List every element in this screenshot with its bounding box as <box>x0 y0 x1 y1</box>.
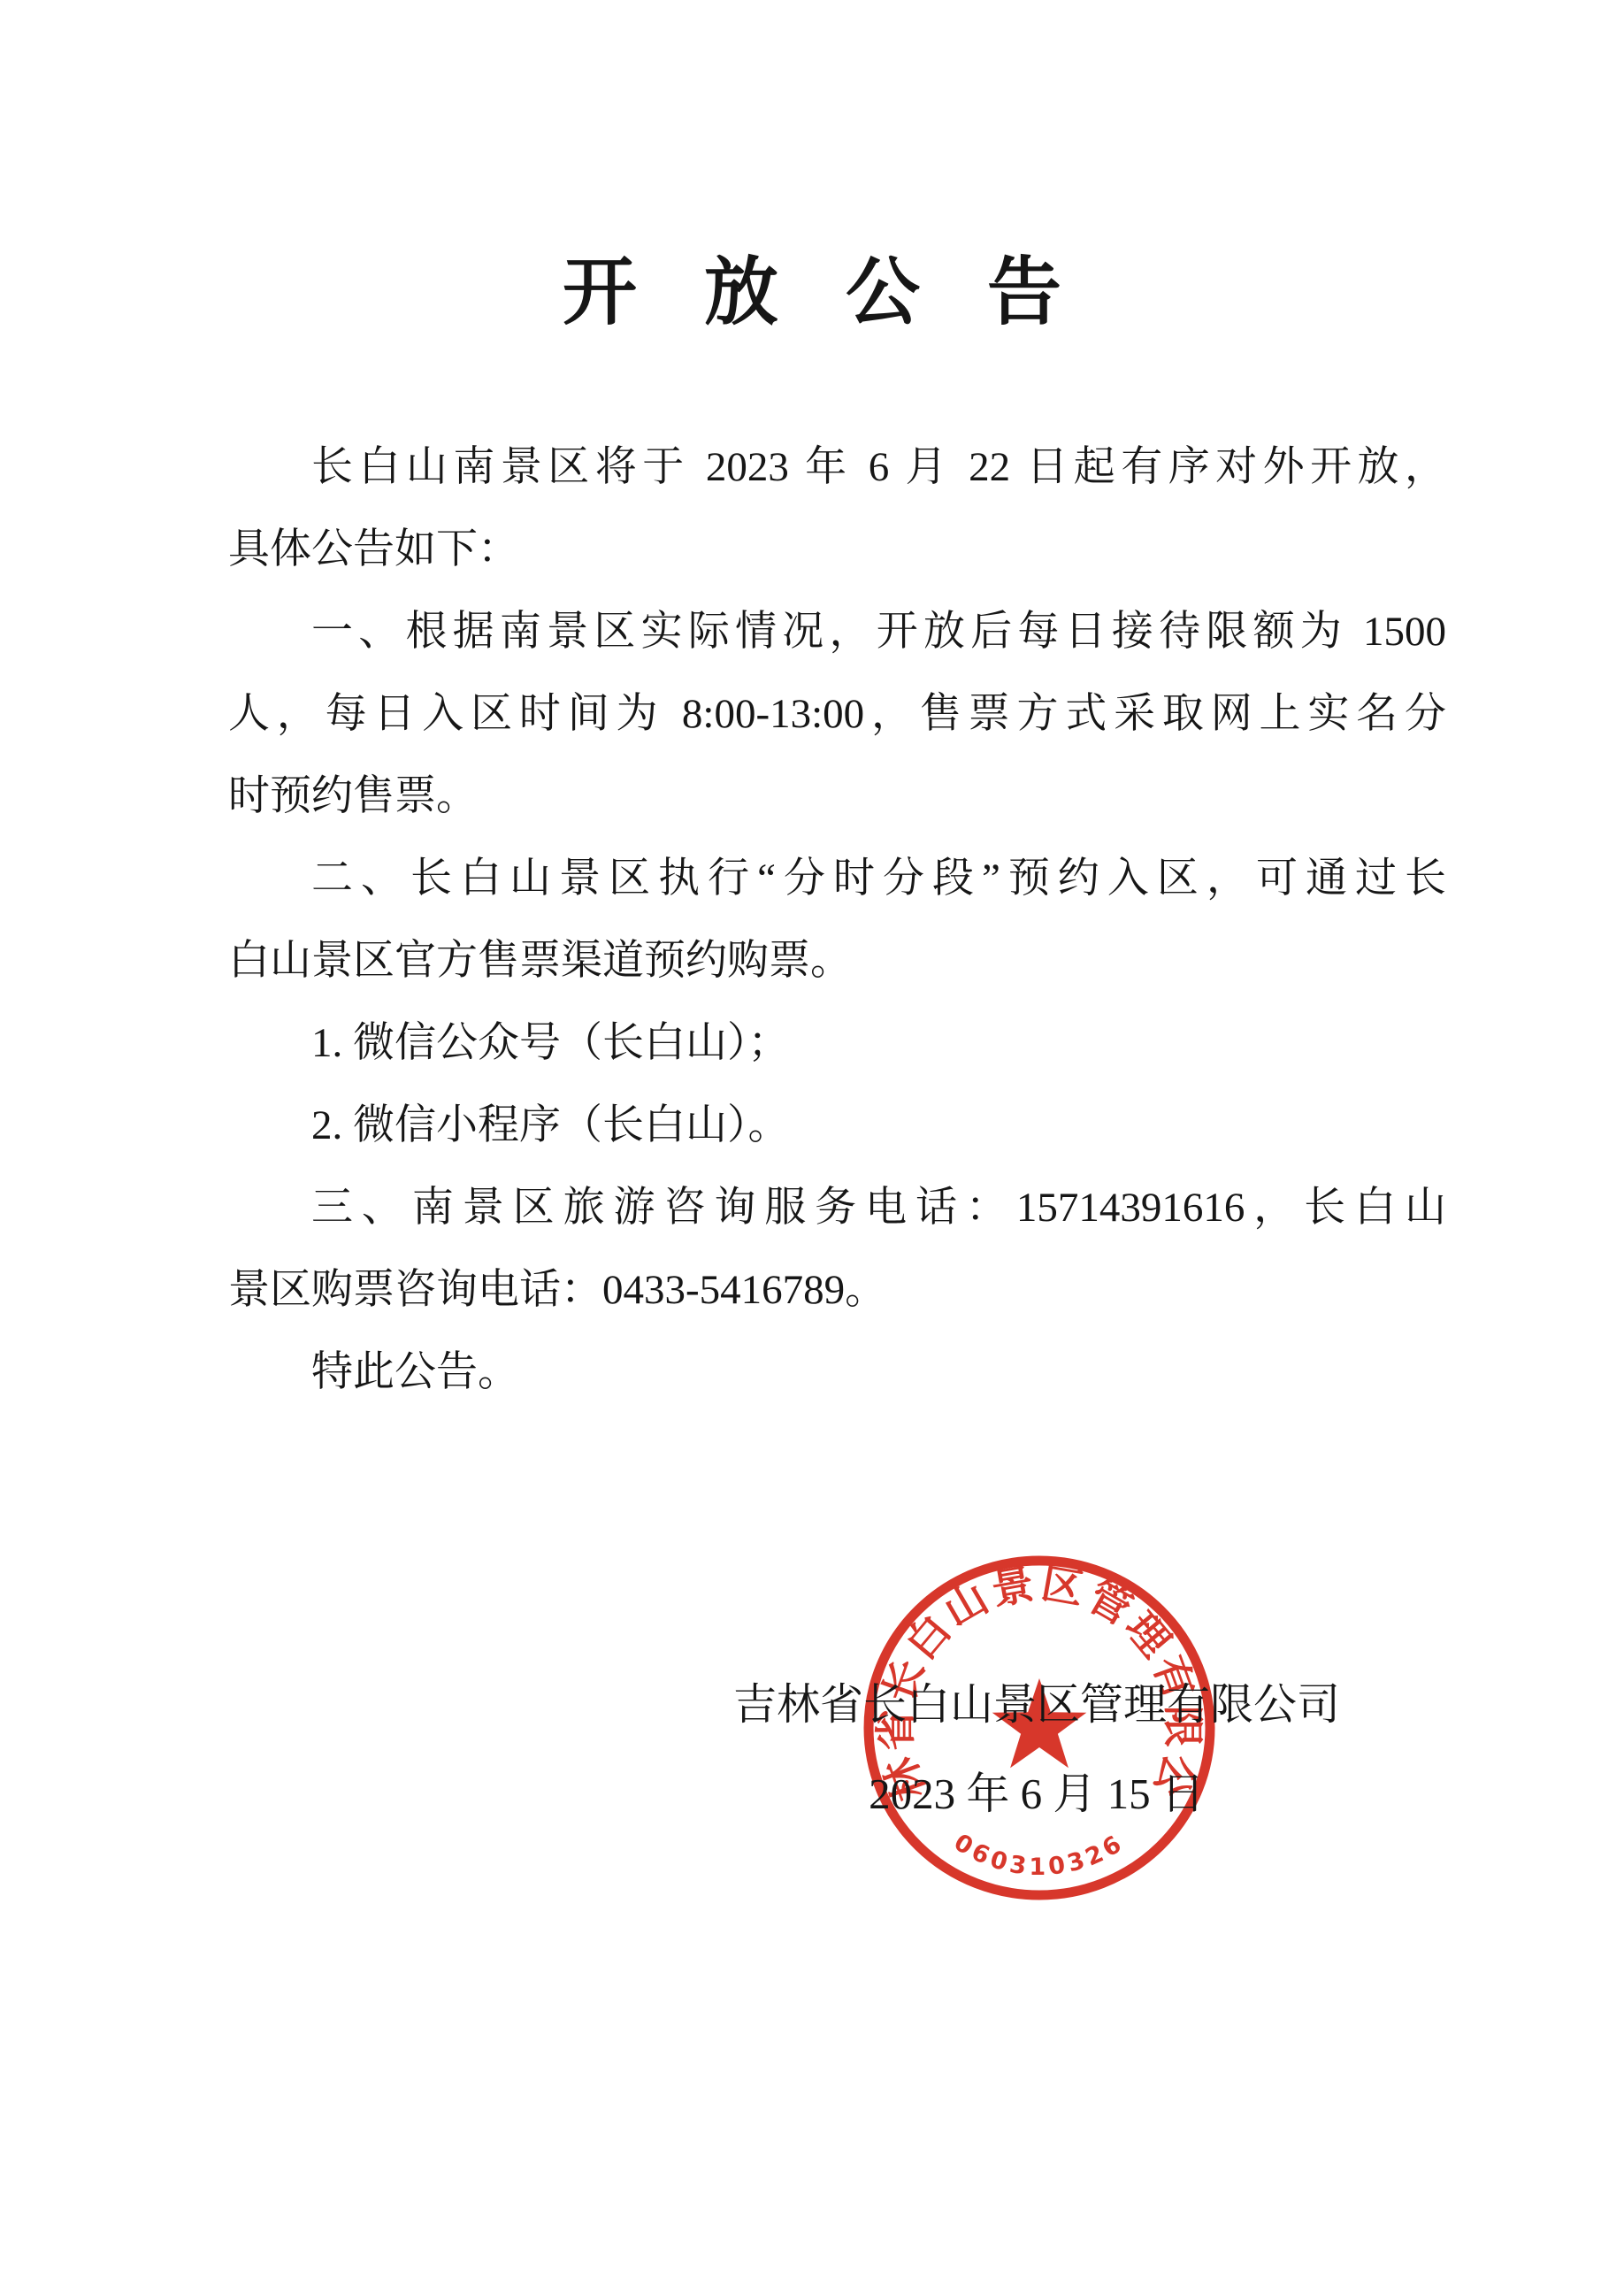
body-line-3: 一、根据南景区实际情况，开放后每日接待限额为 1500 <box>228 591 1446 673</box>
document-body: 长白山南景区将于 2023 年 6 月 22 日起有序对外开放， 具体公告如下：… <box>228 426 1446 1414</box>
body-line-11: 景区购票咨询电话：0433-5416789。 <box>228 1249 1446 1332</box>
signature-company: 吉林省长白山景区管理有限公司 <box>733 1678 1340 1731</box>
body-line-12: 特此公告。 <box>228 1332 1446 1414</box>
body-line-2: 具体公告如下： <box>228 509 1446 591</box>
document-page: 开放公告 长白山南景区将于 2023 年 6 月 22 日起有序对外开放， 具体… <box>0 0 1624 2272</box>
body-line-8: 1. 微信公众号（长白山）； <box>228 1002 1446 1085</box>
body-line-10: 三、南景区旅游咨询服务电话：15714391616，长白山 <box>228 1167 1446 1249</box>
body-line-9: 2. 微信小程序（长白山）。 <box>228 1085 1446 1167</box>
body-line-5: 时预约售票。 <box>228 756 1446 838</box>
page-title: 开放公告 <box>0 241 1624 347</box>
signature-date: 2023 年 6 月 15 日 <box>869 1768 1205 1821</box>
body-line-6: 二、长白山景区执行“分时分段”预约入区，可通过长 <box>228 838 1446 920</box>
body-line-4: 人，每日入区时间为 8:00-13:00，售票方式采取网上实名分 <box>228 673 1446 756</box>
body-line-7: 白山景区官方售票渠道预约购票。 <box>228 920 1446 1002</box>
body-line-1: 长白山南景区将于 2023 年 6 月 22 日起有序对外开放， <box>228 426 1446 509</box>
